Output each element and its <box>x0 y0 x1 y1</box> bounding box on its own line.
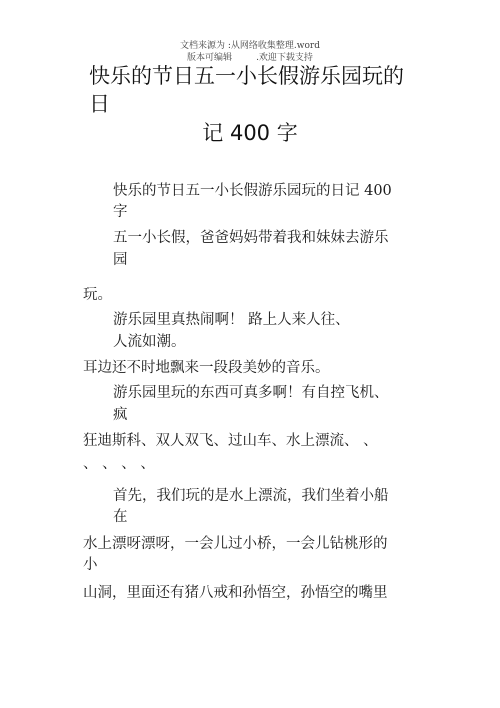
body-line: 人流如潮。 <box>113 333 186 351</box>
body-line: 水上漂呀漂呀，一会儿过小桥，一会儿钻桃形的 <box>83 535 388 553</box>
body-line: 、 、 、 、 <box>83 455 155 473</box>
edit-note-left: 版本可编辑 <box>187 53 232 63</box>
edit-note-right: .欢迎下载支持 <box>256 53 313 63</box>
body-line: 小 <box>83 556 98 574</box>
source-note: 文档来源为 :从网络收集整理.word <box>0 41 500 52</box>
document-title-line2: 日 <box>89 91 110 117</box>
body-line: 玩。 <box>83 286 112 304</box>
body-line: 园 <box>113 251 128 269</box>
body-line: 耳边还不时地飘来一段段美妙的音乐。 <box>83 359 330 377</box>
body-line: 游乐园里玩的东西可真多啊！有自控飞机、 <box>113 384 389 402</box>
body-line: 首先，我们玩的是水上漂流，我们坐着小船 <box>113 487 389 505</box>
body-line: 疯 <box>113 406 128 424</box>
body-line: 快乐的节日五一小长假游乐园玩的日记 400 <box>113 182 392 200</box>
body-line: 游乐园里真热闹啊！ 路上人来人往、 <box>113 311 350 329</box>
body-line: 狂迪斯科、双人双飞、过山车、水上漂流、 、 <box>83 432 378 450</box>
document-title-line3: 记 400 字 <box>0 120 500 146</box>
body-line: 在 <box>113 508 128 526</box>
document-title-line1: 快乐的节日五一小长假游乐园玩的 <box>89 63 404 89</box>
body-line: 五一小长假，爸爸妈妈带着我和妹妹去游乐 <box>113 229 389 247</box>
body-line: 字 <box>113 203 128 221</box>
body-line: 山洞，里面还有猪八戒和孙悟空，孙悟空的嘴里 <box>83 584 388 602</box>
